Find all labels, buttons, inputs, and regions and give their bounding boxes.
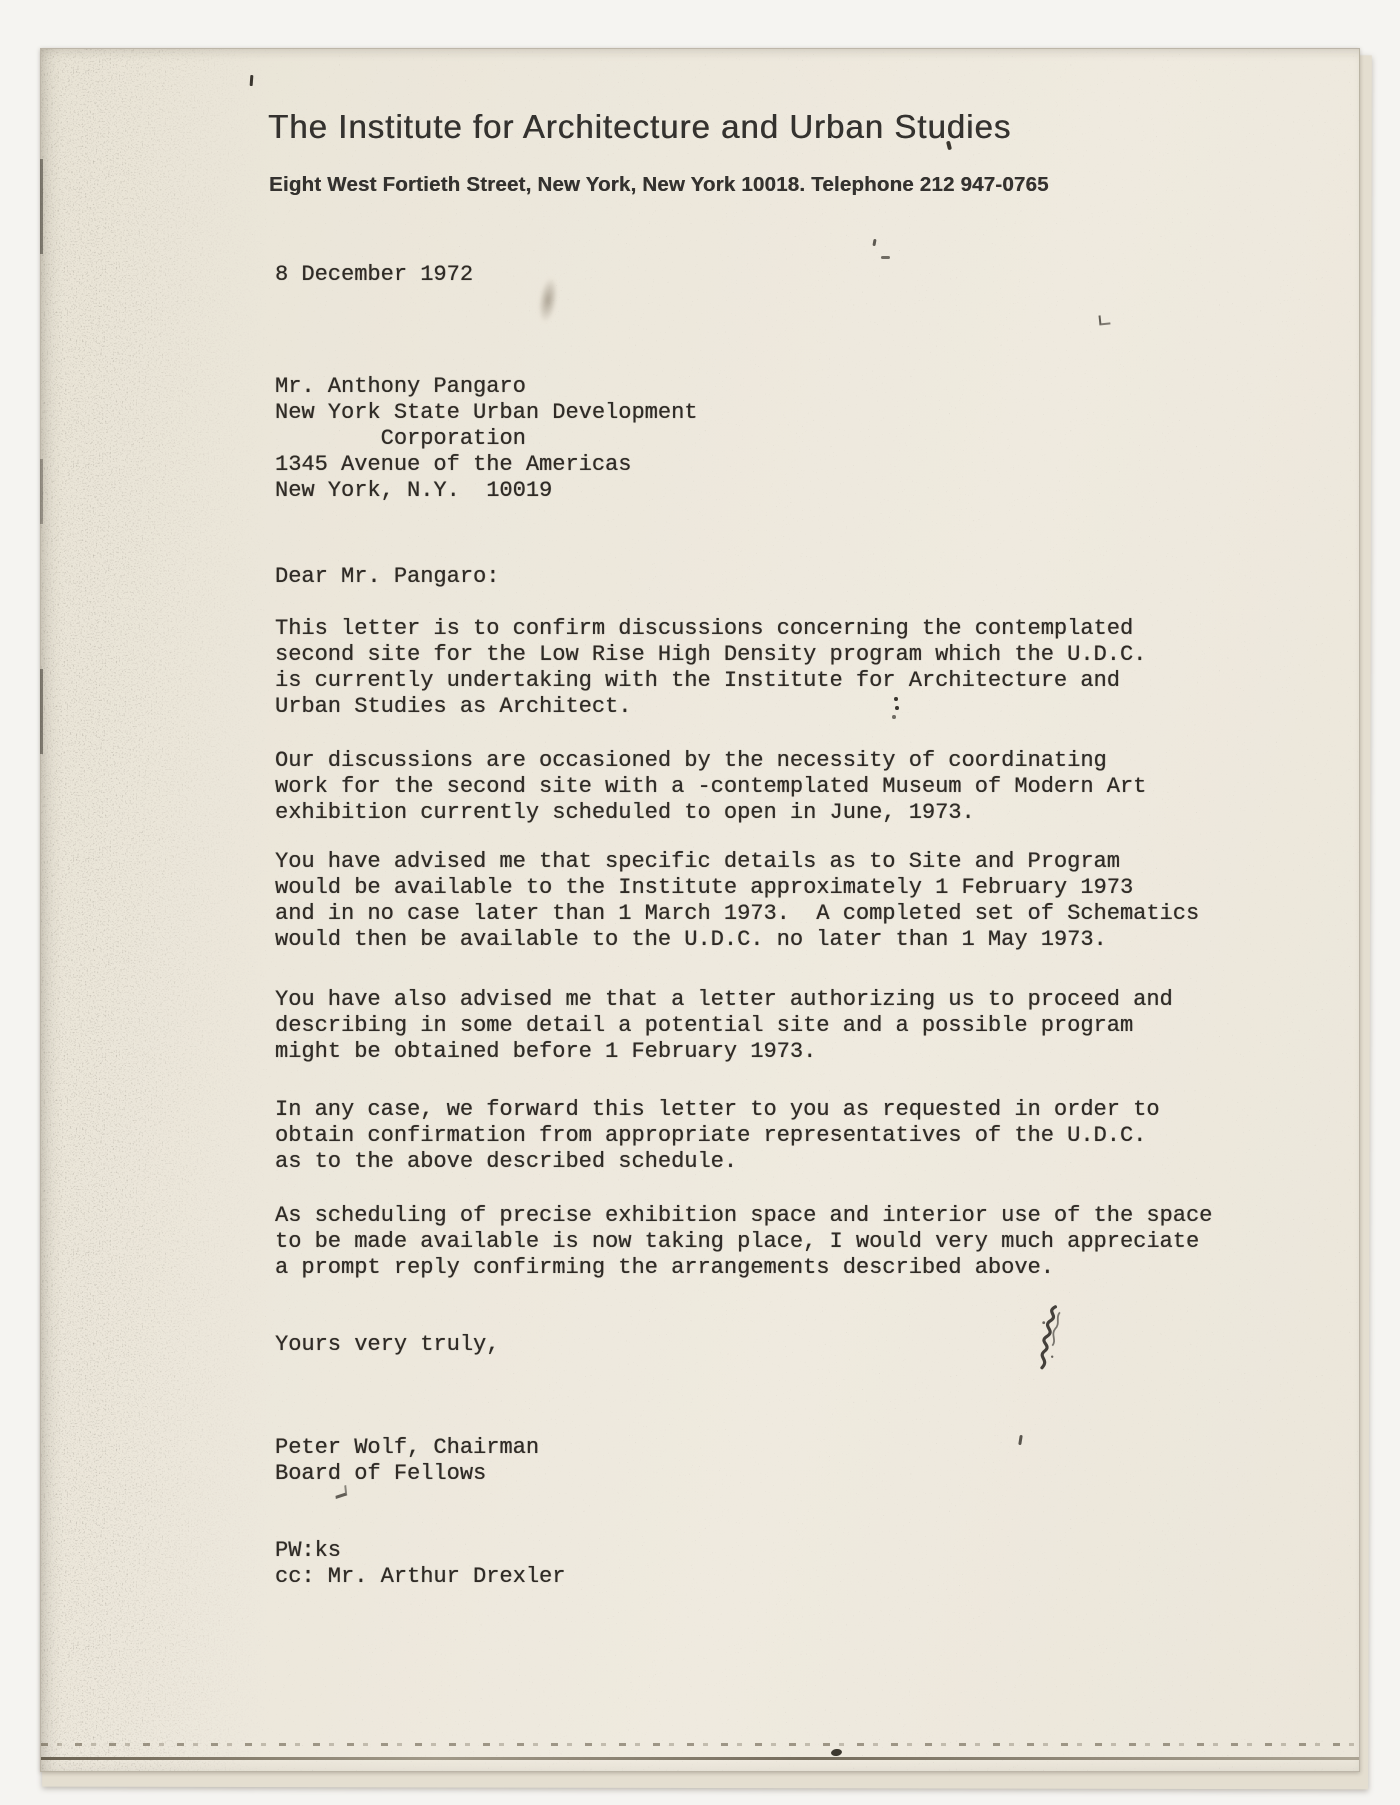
paragraph-3: You have advised me that specific detail… xyxy=(275,849,1199,953)
date-line: 8 December 1972 xyxy=(275,262,473,288)
letterhead-address: Eight West Fortieth Street, New York, Ne… xyxy=(269,173,1049,197)
paragraph-4: You have also advised me that a letter a… xyxy=(275,987,1173,1065)
crease-line xyxy=(41,1757,1359,1760)
ink-smudge xyxy=(536,276,561,324)
closing: Yours very truly, xyxy=(275,1332,499,1358)
ink-speck xyxy=(881,256,890,259)
paragraph-6: As scheduling of precise exhibition spac… xyxy=(275,1203,1212,1281)
ink-speck xyxy=(831,1748,843,1756)
ink-speck xyxy=(335,1485,347,1499)
scan-noise-left-edge xyxy=(41,49,271,1771)
letter-page: The Institute for Architecture and Urban… xyxy=(40,48,1360,1772)
paragraph-5: In any case, we forward this letter to y… xyxy=(275,1097,1160,1175)
ink-speck xyxy=(872,239,876,246)
recipient-address: Mr. Anthony Pangaro New York State Urban… xyxy=(275,374,697,504)
ink-speck xyxy=(250,75,253,86)
paper-edge-mark xyxy=(40,459,43,524)
crease-line xyxy=(41,1743,1359,1746)
ink-speck xyxy=(1018,1435,1023,1445)
paragraph-2: Our discussions are occasioned by the ne… xyxy=(275,748,1146,826)
letterhead-org-name: The Institute for Architecture and Urban… xyxy=(268,107,1011,147)
paper-edge-mark xyxy=(40,159,43,254)
ink-scribble xyxy=(1020,1299,1072,1379)
scan-background: The Institute for Architecture and Urban… xyxy=(0,0,1400,1805)
paper-edge-mark xyxy=(40,669,43,754)
signature-block: Peter Wolf, Chairman Board of Fellows xyxy=(275,1435,539,1487)
salutation: Dear Mr. Pangaro: xyxy=(275,564,499,590)
reference-block: PW:ks cc: Mr. Arthur Drexler xyxy=(275,1538,565,1590)
ink-speck xyxy=(1099,314,1111,325)
paragraph-1: This letter is to confirm discussions co… xyxy=(275,616,1146,720)
